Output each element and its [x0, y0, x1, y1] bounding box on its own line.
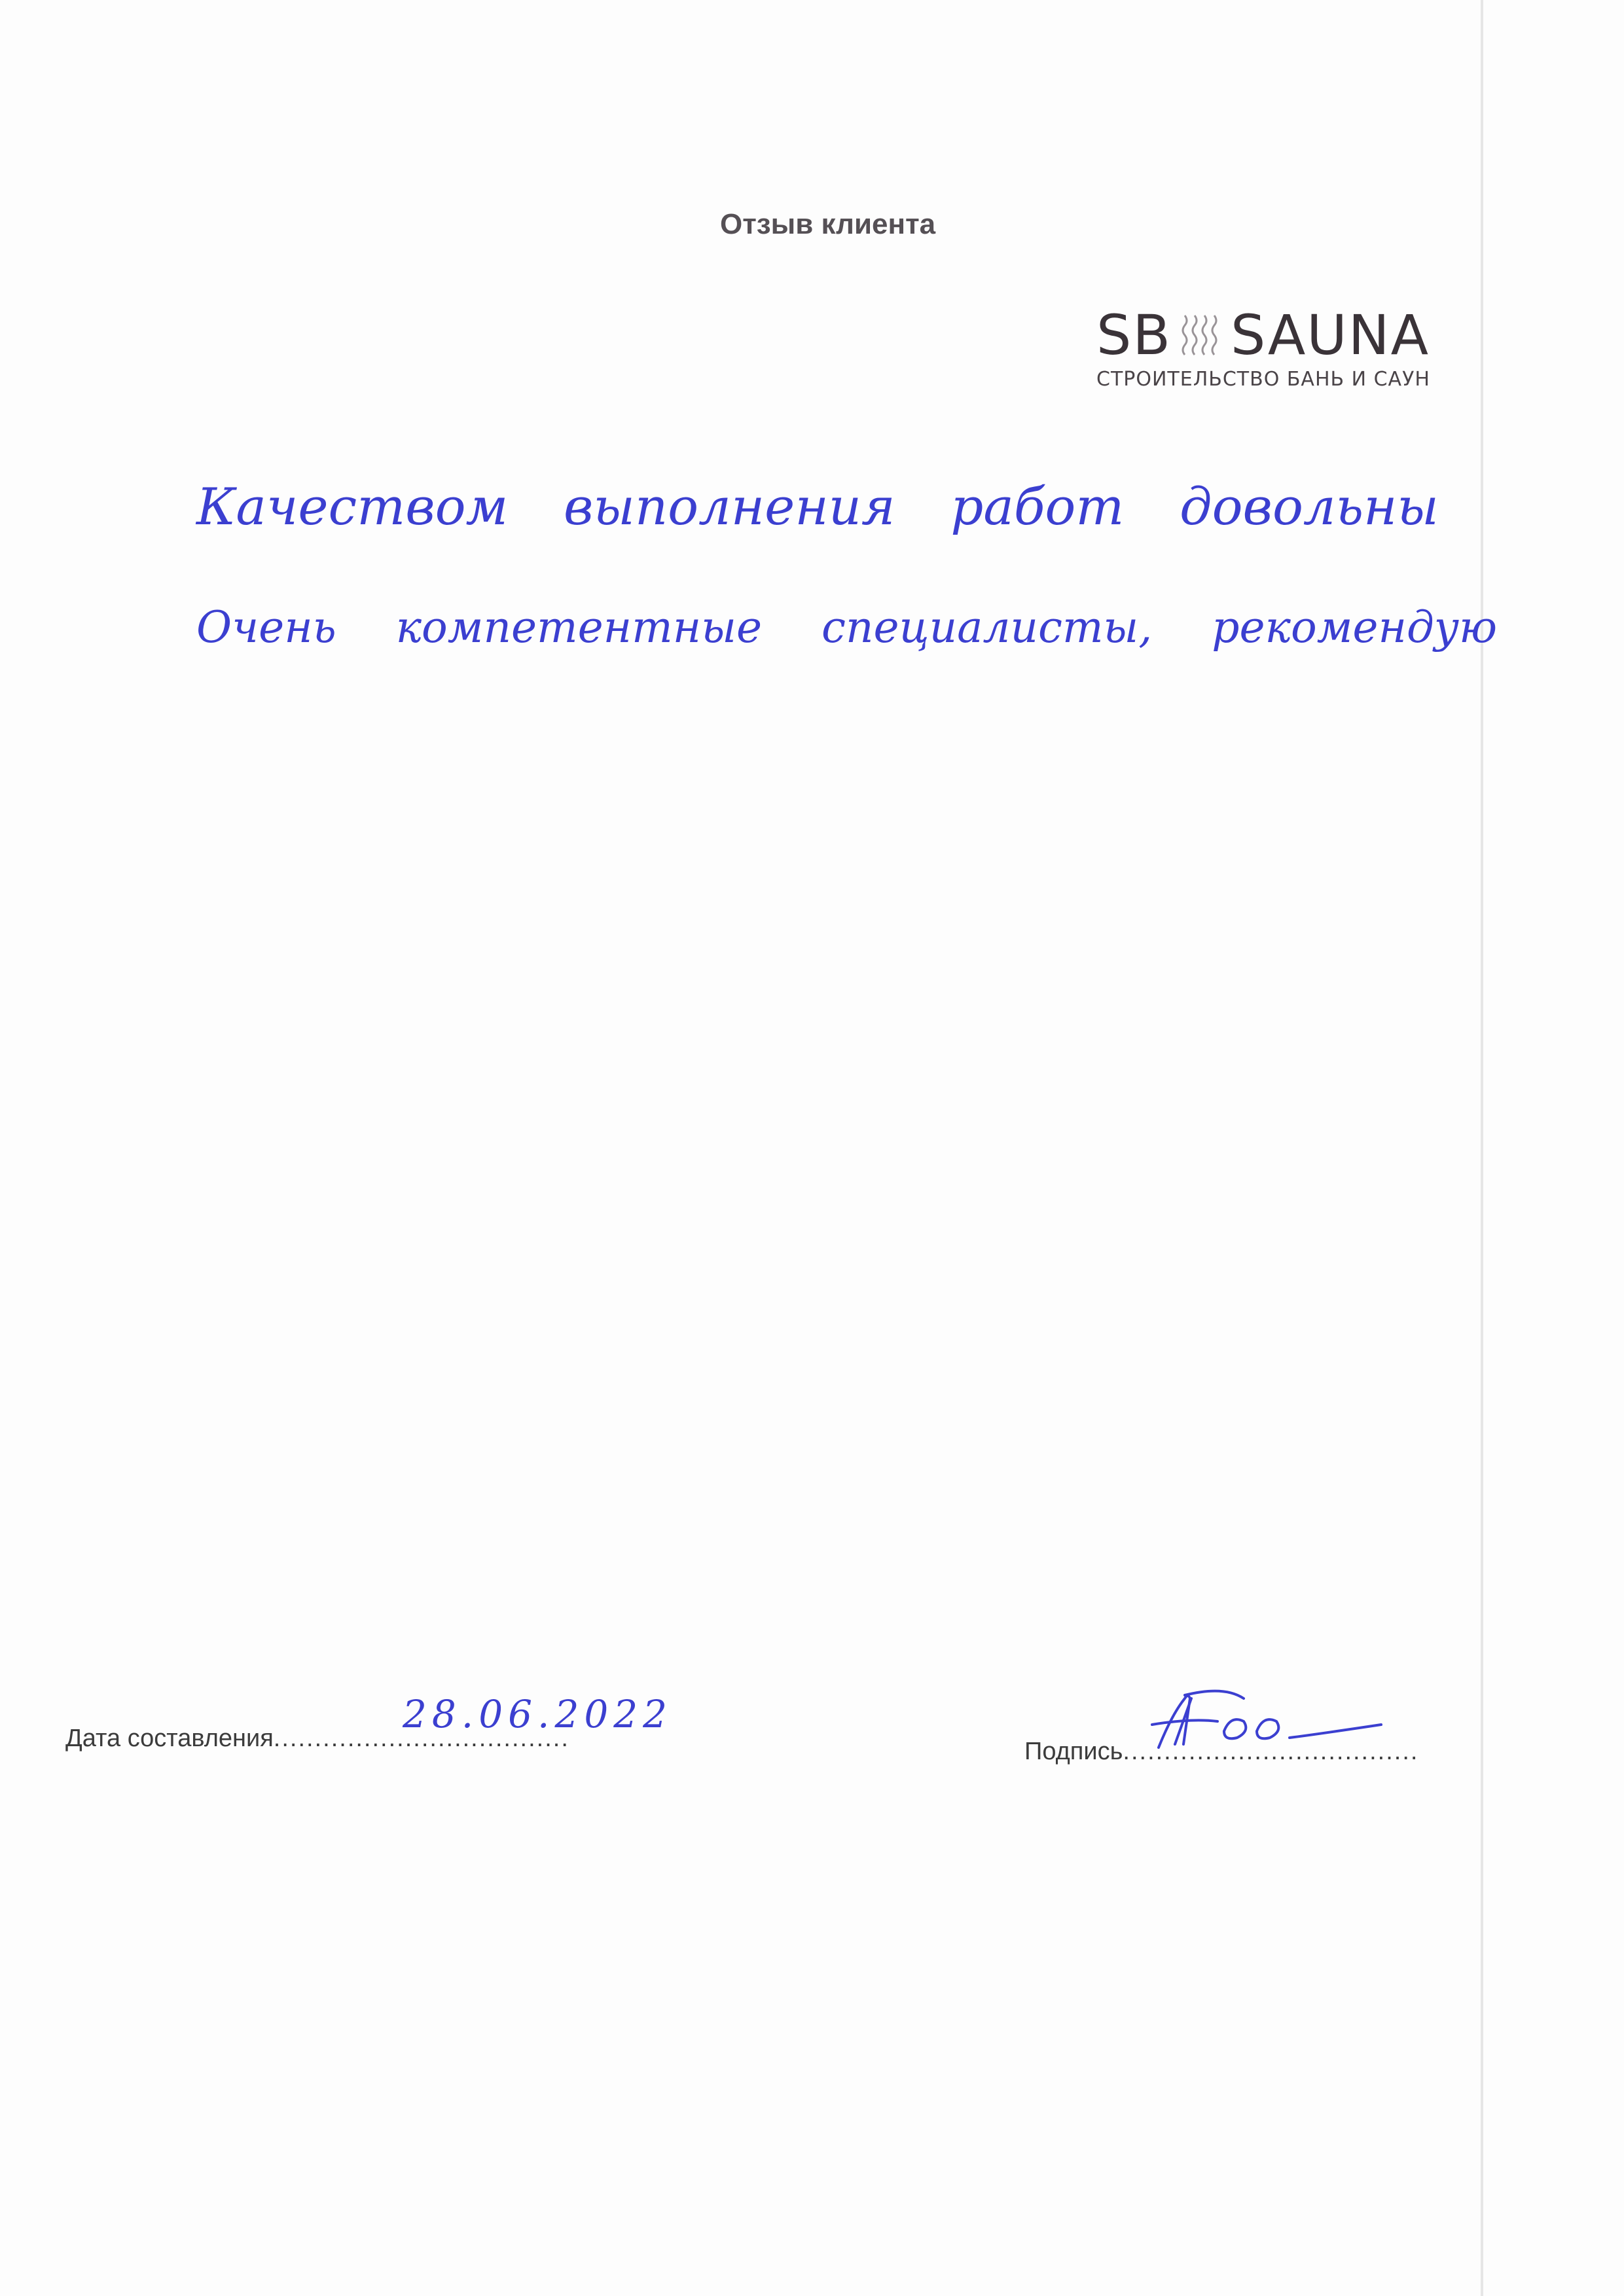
logo-subtitle: СТРОИТЕЛЬСТВО БАНЬ И САУН [1096, 368, 1489, 391]
logo-right-text: SAUNA [1231, 308, 1430, 363]
logo-left-text: SB [1096, 308, 1172, 363]
signature-field: Подпись.................................… [1024, 1738, 1418, 1766]
signature-dots: .................................... [1123, 1738, 1418, 1765]
steam-waves-icon [1178, 312, 1224, 358]
page-title: Отзыв клиента [720, 208, 935, 241]
review-line-1: Качеством выполнения работ довольны [196, 478, 1439, 537]
logo-wordmark: SB SAUNA [1096, 308, 1489, 363]
signature-label: Подпись [1024, 1738, 1123, 1765]
date-label: Дата составления [65, 1725, 274, 1752]
date-field: Дата составления........................… [65, 1725, 569, 1753]
company-logo: SB SAUNA СТРОИТЕЛЬСТВО БАНЬ И САУН [1096, 308, 1489, 391]
review-form-page: Отзыв клиента SB SAUNA СТРОИТЕЛЬСТВО БАН… [0, 0, 1624, 2296]
review-line-2: Очень компетентные специалисты, рекоменд… [196, 602, 1497, 653]
date-dots: .................................... [274, 1725, 569, 1752]
